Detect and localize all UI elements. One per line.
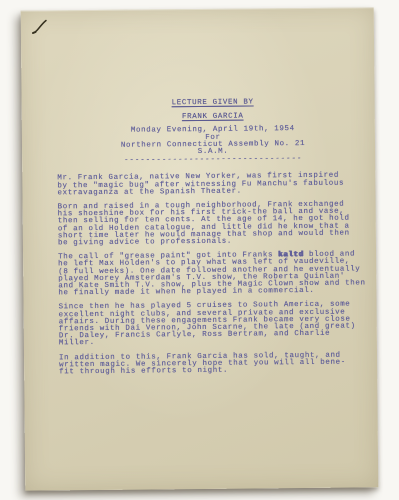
page-content: LECTURE GIVEN BY FRANK GARCIA Monday Eve… <box>57 98 372 383</box>
pen-checkmark-icon <box>31 17 53 37</box>
typewritten-page: LECTURE GIVEN BY FRANK GARCIA Monday Eve… <box>21 7 379 490</box>
lecture-title: LECTURE GIVEN BY <box>57 98 369 108</box>
document-header: LECTURE GIVEN BY FRANK GARCIA Monday Eve… <box>57 98 370 165</box>
paragraph-achievements: Since then he has played 5 cruises to So… <box>59 302 371 348</box>
text-line: be giving advice to professionals. <box>58 237 370 247</box>
paragraph-closing: In addition to this, Frank Garcia has so… <box>59 352 371 377</box>
paragraph-intro: Mr. Frank Garcia, native New Yorker, was… <box>57 173 369 198</box>
paragraph-career: The call of "grease paint" got into Fran… <box>58 252 370 298</box>
scan-background: { "scan": { "paper_color": "#d8d1b6", "i… <box>0 0 399 500</box>
text-line: extravaganza at the Spanish Theater. <box>57 187 369 197</box>
text-line: he finally made it when he played in a c… <box>58 288 370 298</box>
speaker-name: FRANK GARCIA <box>57 113 369 123</box>
paragraph-youth: Born and raised in a tough neighborhood,… <box>58 201 370 247</box>
text-line: fit through his efforts to night. <box>59 366 371 376</box>
